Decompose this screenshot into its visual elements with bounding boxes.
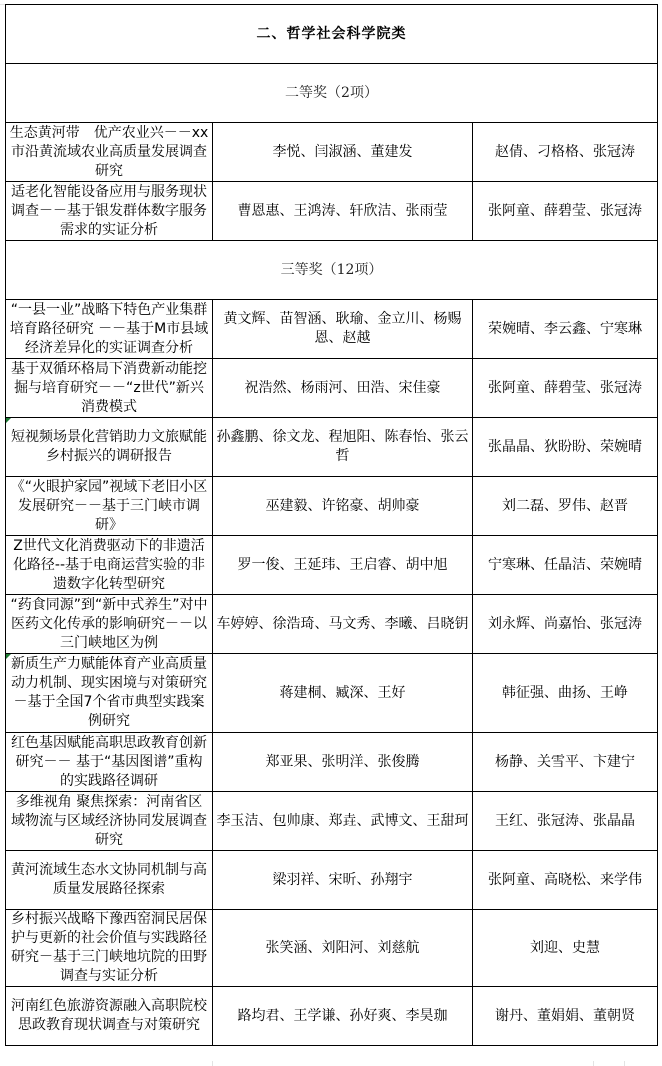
- project-title: “一县一业”战略下特色产业集群培育路径研究 －－基于M市县域经济差异化的实证调查…: [9, 301, 209, 358]
- project-title: 《“火眼护家园”视域下老旧小区发展研究－－基于三门峡市调研》: [9, 478, 209, 535]
- project-title: Z世代文化消费驱动下的非遗活化路径--基于电商运营实验的非遗数字化转型研究: [9, 537, 209, 594]
- members-cell[interactable]: 李悦、闫淑涵、董建发: [213, 123, 473, 182]
- table-row: 短视频场景化营销助力文旅赋能乡村振兴的调研报告 孙鑫鹏、徐文龙、程旭阳、陈春怡、…: [6, 418, 658, 477]
- advisors-cell[interactable]: 刘永辉、尚嘉怡、张冠涛: [473, 595, 658, 654]
- project-title-cell[interactable]: 《“火眼护家园”视域下老旧小区发展研究－－基于三门峡市调研》: [6, 477, 213, 536]
- project-title-cell[interactable]: 短视频场景化营销助力文旅赋能乡村振兴的调研报告: [6, 418, 213, 477]
- members-cell[interactable]: 郑亚果、张明洋、张俊腾: [213, 733, 473, 792]
- prize-level-second[interactable]: 二等奖（2项）: [6, 64, 658, 123]
- project-title-cell[interactable]: 乡村振兴战略下豫西窑洞民居保护与更新的社会价值与实践路径研究－基于三门峡地坑院的…: [6, 910, 213, 987]
- project-title: 乡村振兴战略下豫西窑洞民居保护与更新的社会价值与实践路径研究－基于三门峡地坑院的…: [9, 910, 209, 986]
- project-title: 适老化智能设备应用与服务现状调查－－基于银发群体数字服务需求的实证分析: [9, 183, 209, 240]
- members-cell[interactable]: 车婷婷、徐浩琦、马文秀、李曦、吕晓钥: [213, 595, 473, 654]
- table-row: 乡村振兴战略下豫西窑洞民居保护与更新的社会价值与实践路径研究－基于三门峡地坑院的…: [6, 910, 658, 987]
- members-cell[interactable]: 巫建毅、许铭豪、胡帅豪: [213, 477, 473, 536]
- table-row: Z世代文化消费驱动下的非遗活化路径--基于电商运营实验的非遗数字化转型研究 罗一…: [6, 536, 658, 595]
- table-row: “一县一业”战略下特色产业集群培育路径研究 －－基于M市县域经济差异化的实证调查…: [6, 300, 658, 359]
- gridline-bottom-3: [624, 1061, 625, 1066]
- project-title-cell[interactable]: 适老化智能设备应用与服务现状调查－－基于银发群体数字服务需求的实证分析: [6, 182, 213, 241]
- members-cell[interactable]: 张笑涵、刘阳河、刘慈航: [213, 910, 473, 987]
- members-cell[interactable]: 路均君、王学谦、孙好爽、李昊珈: [213, 987, 473, 1046]
- project-title-cell[interactable]: 红色基因赋能高职思政教育创新研究－－ 基于“基因图谱”重构的实践路径调研: [6, 733, 213, 792]
- members-cell[interactable]: 孙鑫鹏、徐文龙、程旭阳、陈春怡、张云哲: [213, 418, 473, 477]
- project-title: “药食同源”到“新中式养生”对中医药文化传承的影响研究－－以三门峡地区为例: [9, 596, 209, 653]
- table-row: “药食同源”到“新中式养生”对中医药文化传承的影响研究－－以三门峡地区为例 车婷…: [6, 595, 658, 654]
- members-cell[interactable]: 曹恩惠、王鸿涛、轩欣洁、张雨莹: [213, 182, 473, 241]
- table-row: 适老化智能设备应用与服务现状调查－－基于银发群体数字服务需求的实证分析 曹恩惠、…: [6, 182, 658, 241]
- advisors-cell[interactable]: 杨静、关雪平、卞建宁: [473, 733, 658, 792]
- project-title: 红色基因赋能高职思政教育创新研究－－ 基于“基因图谱”重构的实践路径调研: [9, 734, 209, 791]
- table-row: 新质生产力赋能体育产业高质量动力机制、现实困境与对策研究－基于全国7个省市典型实…: [6, 654, 658, 733]
- project-title-cell[interactable]: “药食同源”到“新中式养生”对中医药文化传承的影响研究－－以三门峡地区为例: [6, 595, 213, 654]
- project-title-cell[interactable]: 河南红色旅游资源融入高职院校思政教育现状调查与对策研究: [6, 987, 213, 1046]
- advisors-cell[interactable]: 宁寒琳、任晶洁、荣婉晴: [473, 536, 658, 595]
- advisors-cell[interactable]: 荣婉晴、李云鑫、宁寒琳: [473, 300, 658, 359]
- comment-marker-icon: [6, 418, 11, 423]
- advisors-cell[interactable]: 张阿童、薛碧莹、张冠涛: [473, 182, 658, 241]
- advisors-cell[interactable]: 王红、张冠涛、张晶晶: [473, 792, 658, 851]
- project-title-cell[interactable]: 黄河流域生态水文协同机制与高质量发展路径探索: [6, 851, 213, 910]
- project-title: 黄河流域生态水文协同机制与高质量发展路径探索: [9, 861, 209, 899]
- advisors-cell[interactable]: 张晶晶、狄盼盼、荣婉晴: [473, 418, 658, 477]
- gridline-bottom-1: [212, 1061, 213, 1066]
- members-cell[interactable]: 罗一俊、王延玮、王启睿、胡中旭: [213, 536, 473, 595]
- project-title-cell[interactable]: “一县一业”战略下特色产业集群培育路径研究 －－基于M市县域经济差异化的实证调查…: [6, 300, 213, 359]
- project-title: 新质生产力赋能体育产业高质量动力机制、现实困境与对策研究－基于全国7个省市典型实…: [9, 655, 209, 731]
- table-row: 基于双循环格局下消费新动能挖掘与培育研究－－“z世代”新兴消费模式 祝浩然、杨雨…: [6, 359, 658, 418]
- project-title-cell[interactable]: 多维视角 聚焦探索：河南省区域物流与区域经济协同发展调查研究: [6, 792, 213, 851]
- advisors-cell[interactable]: 刘迎、史慧: [473, 910, 658, 987]
- project-title: 短视频场景化营销助力文旅赋能乡村振兴的调研报告: [9, 428, 209, 466]
- members-cell[interactable]: 祝浩然、杨雨河、田浩、宋佳豪: [213, 359, 473, 418]
- table-row: 生态黄河带 优产农业兴－－xx市沿黄流域农业高质量发展调查研究 李悦、闫淑涵、董…: [6, 123, 658, 182]
- table-row: 红色基因赋能高职思政教育创新研究－－ 基于“基因图谱”重构的实践路径调研 郑亚果…: [6, 733, 658, 792]
- members-cell[interactable]: 黄文辉、苗智涵、耿瑜、金立川、杨赐恩、赵越: [213, 300, 473, 359]
- members-cell[interactable]: 梁羽祥、宋昕、孙翔宇: [213, 851, 473, 910]
- project-title-cell[interactable]: 生态黄河带 优产农业兴－－xx市沿黄流域农业高质量发展调查研究: [6, 123, 213, 182]
- table-row: 河南红色旅游资源融入高职院校思政教育现状调查与对策研究 路均君、王学谦、孙好爽、…: [6, 987, 658, 1046]
- members-cell[interactable]: 李玉洁、包帅康、郑垚、武博文、王甜珂: [213, 792, 473, 851]
- project-title-cell[interactable]: Z世代文化消费驱动下的非遗活化路径--基于电商运营实验的非遗数字化转型研究: [6, 536, 213, 595]
- advisors-cell[interactable]: 张阿童、高晓松、来学伟: [473, 851, 658, 910]
- advisors-cell[interactable]: 刘二磊、罗伟、赵晋: [473, 477, 658, 536]
- advisors-cell[interactable]: 赵倩、刁格格、张冠涛: [473, 123, 658, 182]
- table-row: 黄河流域生态水文协同机制与高质量发展路径探索 梁羽祥、宋昕、孙翔宇 张阿童、高晓…: [6, 851, 658, 910]
- category-title[interactable]: 二、哲学社会科学院类: [6, 5, 658, 64]
- gridline-bottom-2: [593, 1061, 594, 1066]
- advisors-cell[interactable]: 韩征强、曲扬、王峥: [473, 654, 658, 733]
- project-title: 生态黄河带 优产农业兴－－xx市沿黄流域农业高质量发展调查研究: [9, 124, 209, 181]
- table-row: 《“火眼护家园”视域下老旧小区发展研究－－基于三门峡市调研》 巫建毅、许铭豪、胡…: [6, 477, 658, 536]
- spreadsheet-sheet: 二、哲学社会科学院类 二等奖（2项） 生态黄河带 优产农业兴－－xx市沿黄流域农…: [5, 4, 657, 1046]
- award-table: 二、哲学社会科学院类 二等奖（2项） 生态黄河带 优产农业兴－－xx市沿黄流域农…: [5, 4, 658, 1046]
- project-title: 河南红色旅游资源融入高职院校思政教育现状调查与对策研究: [9, 997, 209, 1035]
- advisors-cell[interactable]: 谢丹、董娟娟、董朝贤: [473, 987, 658, 1046]
- prize-level-third[interactable]: 三等奖（12项）: [6, 241, 658, 300]
- project-title-cell[interactable]: 新质生产力赋能体育产业高质量动力机制、现实困境与对策研究－基于全国7个省市典型实…: [6, 654, 213, 733]
- project-title: 基于双循环格局下消费新动能挖掘与培育研究－－“z世代”新兴消费模式: [9, 360, 209, 417]
- advisors-cell[interactable]: 张阿童、薛碧莹、张冠涛: [473, 359, 658, 418]
- comment-marker-icon: [6, 654, 11, 659]
- members-cell[interactable]: 蒋建桐、臧深、王好: [213, 654, 473, 733]
- project-title: 多维视角 聚焦探索：河南省区域物流与区域经济协同发展调查研究: [9, 793, 209, 850]
- table-row: 多维视角 聚焦探索：河南省区域物流与区域经济协同发展调查研究 李玉洁、包帅康、郑…: [6, 792, 658, 851]
- project-title-cell[interactable]: 基于双循环格局下消费新动能挖掘与培育研究－－“z世代”新兴消费模式: [6, 359, 213, 418]
